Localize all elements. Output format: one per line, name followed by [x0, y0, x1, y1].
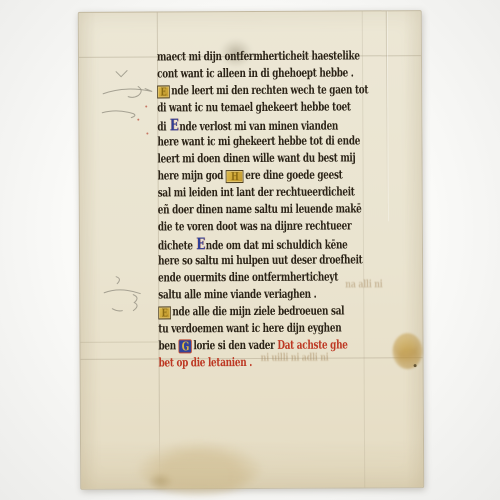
illuminated-initial: E: [157, 85, 170, 98]
manuscript-text-line: die te voren doot was na dijnre rechtuee…: [158, 218, 330, 236]
text-block: maect mi dijn ontfermherticheit haesteli…: [157, 47, 391, 371]
manuscript-text-line: here want ic mi ghekeert hebbe tot di en…: [157, 133, 329, 151]
manuscript-text-line: maect mi dijn ontfermherticheit haesteli…: [157, 48, 329, 66]
photo-backdrop: maect mi dijn ontfermherticheit haesteli…: [0, 0, 500, 500]
dark-speck: [414, 364, 417, 367]
body-text: here so saltu mi hulpen uut deser droefh…: [158, 252, 362, 267]
body-text: ende ouermits dine ontfermherticheyt: [158, 270, 338, 285]
manuscript-text-line: Ende leert mi den rechten wech te gaen t…: [157, 82, 329, 100]
show-through-fragments: na alli nini uilli ni adli ni: [79, 11, 421, 13]
manuscript-text-line: ende ouermits dine ontfermherticheyt: [158, 269, 330, 287]
rubric-text: Dat achste ghe: [277, 337, 347, 351]
body-text: saltu alle mine viande veriaghen .: [158, 287, 316, 302]
illuminated-initial: E: [196, 234, 205, 253]
body-text: ere dine goede geest: [245, 168, 342, 183]
illuminated-initial: E: [170, 115, 179, 134]
body-text: cont want ic alleen in di ghehoept hebbe…: [157, 65, 354, 80]
manuscript-text-line: eñ doer dinen name saltu mi leuende makē: [158, 201, 330, 219]
body-text: here want ic mi ghekeert hebbe tot di en…: [157, 133, 360, 148]
manuscript-text-line: leert mi doen dinen wille want du best m…: [157, 150, 329, 168]
margin-sketch-lower: [100, 271, 146, 317]
body-text: nde verlost mi van minen vianden: [179, 119, 338, 134]
damp-stain: [137, 442, 261, 495]
body-text: die te voren doot was na dijnre rechtuee…: [158, 218, 351, 233]
wax-stain: [392, 333, 422, 369]
body-text: here mijn god: [158, 168, 226, 182]
manuscript-text-line: dichete Ende om dat mi schuldich kēne: [158, 235, 330, 253]
ruling-line-margin: [80, 341, 158, 342]
body-text: leert mi doen dinen wille want du best m…: [157, 150, 355, 165]
body-text: sal mi leiden int lant der rechtueerdich…: [158, 184, 355, 199]
illuminated-initial: E: [158, 306, 171, 319]
body-text: dichete: [158, 238, 196, 252]
margin-red-dot: [145, 106, 147, 108]
body-text: nde om dat mi schuldich kēne: [206, 237, 348, 252]
body-text: nde leert mi den rechten wech te gaen to…: [171, 82, 368, 97]
manuscript-text-line: di Ende verlost mi van minen vianden: [157, 116, 329, 134]
manuscript-text-line: tu verdoemen want ic here dijn eyghen: [158, 320, 330, 338]
body-text: maect mi dijn ontfermherticheit haesteli…: [157, 48, 360, 63]
body-text: ben: [158, 338, 178, 352]
rubric-text: bet op die letanien .: [159, 355, 252, 369]
manuscript-text-line: here mijn god Here dine goede geest: [158, 167, 330, 185]
show-through-text: na alli ni: [345, 279, 382, 290]
body-text: di want ic nu temael ghekeert hebbe toet: [157, 99, 351, 114]
margin-sketch-upper: [97, 64, 161, 120]
body-text: tu verdoemen want ic here dijn eyghen: [158, 321, 341, 336]
manuscript-text-line: here so saltu mi hulpen uut deser droefh…: [158, 252, 330, 270]
manuscript-text-line: saltu alle mine viande veriaghen .: [158, 286, 330, 304]
illuminated-initial: H: [226, 170, 244, 183]
body-text: lorie si den vader: [193, 338, 277, 352]
margin-red-dot: [137, 119, 139, 121]
margin-red-dot: [146, 133, 148, 135]
manuscript-text-line: di want ic nu temael ghekeert hebbe toet: [157, 99, 329, 117]
body-text: di: [157, 119, 169, 133]
body-text: eñ doer dinen name saltu mi leuende makē: [158, 201, 362, 216]
manuscript-leaf: maect mi dijn ontfermherticheit haesteli…: [78, 10, 424, 490]
manuscript-text-line: cont want ic alleen in di ghehoept hebbe…: [157, 65, 329, 83]
illuminated-initial: G: [179, 339, 192, 353]
manuscript-text-line: sal mi leiden int lant der rechtueerdich…: [158, 184, 330, 202]
show-through-text: ni uilli ni adli ni: [261, 353, 329, 364]
body-text: nde alle die mijn ziele bedroeuen sal: [172, 304, 344, 319]
manuscript-text-line: Ende alle die mijn ziele bedroeuen sal: [158, 303, 330, 321]
